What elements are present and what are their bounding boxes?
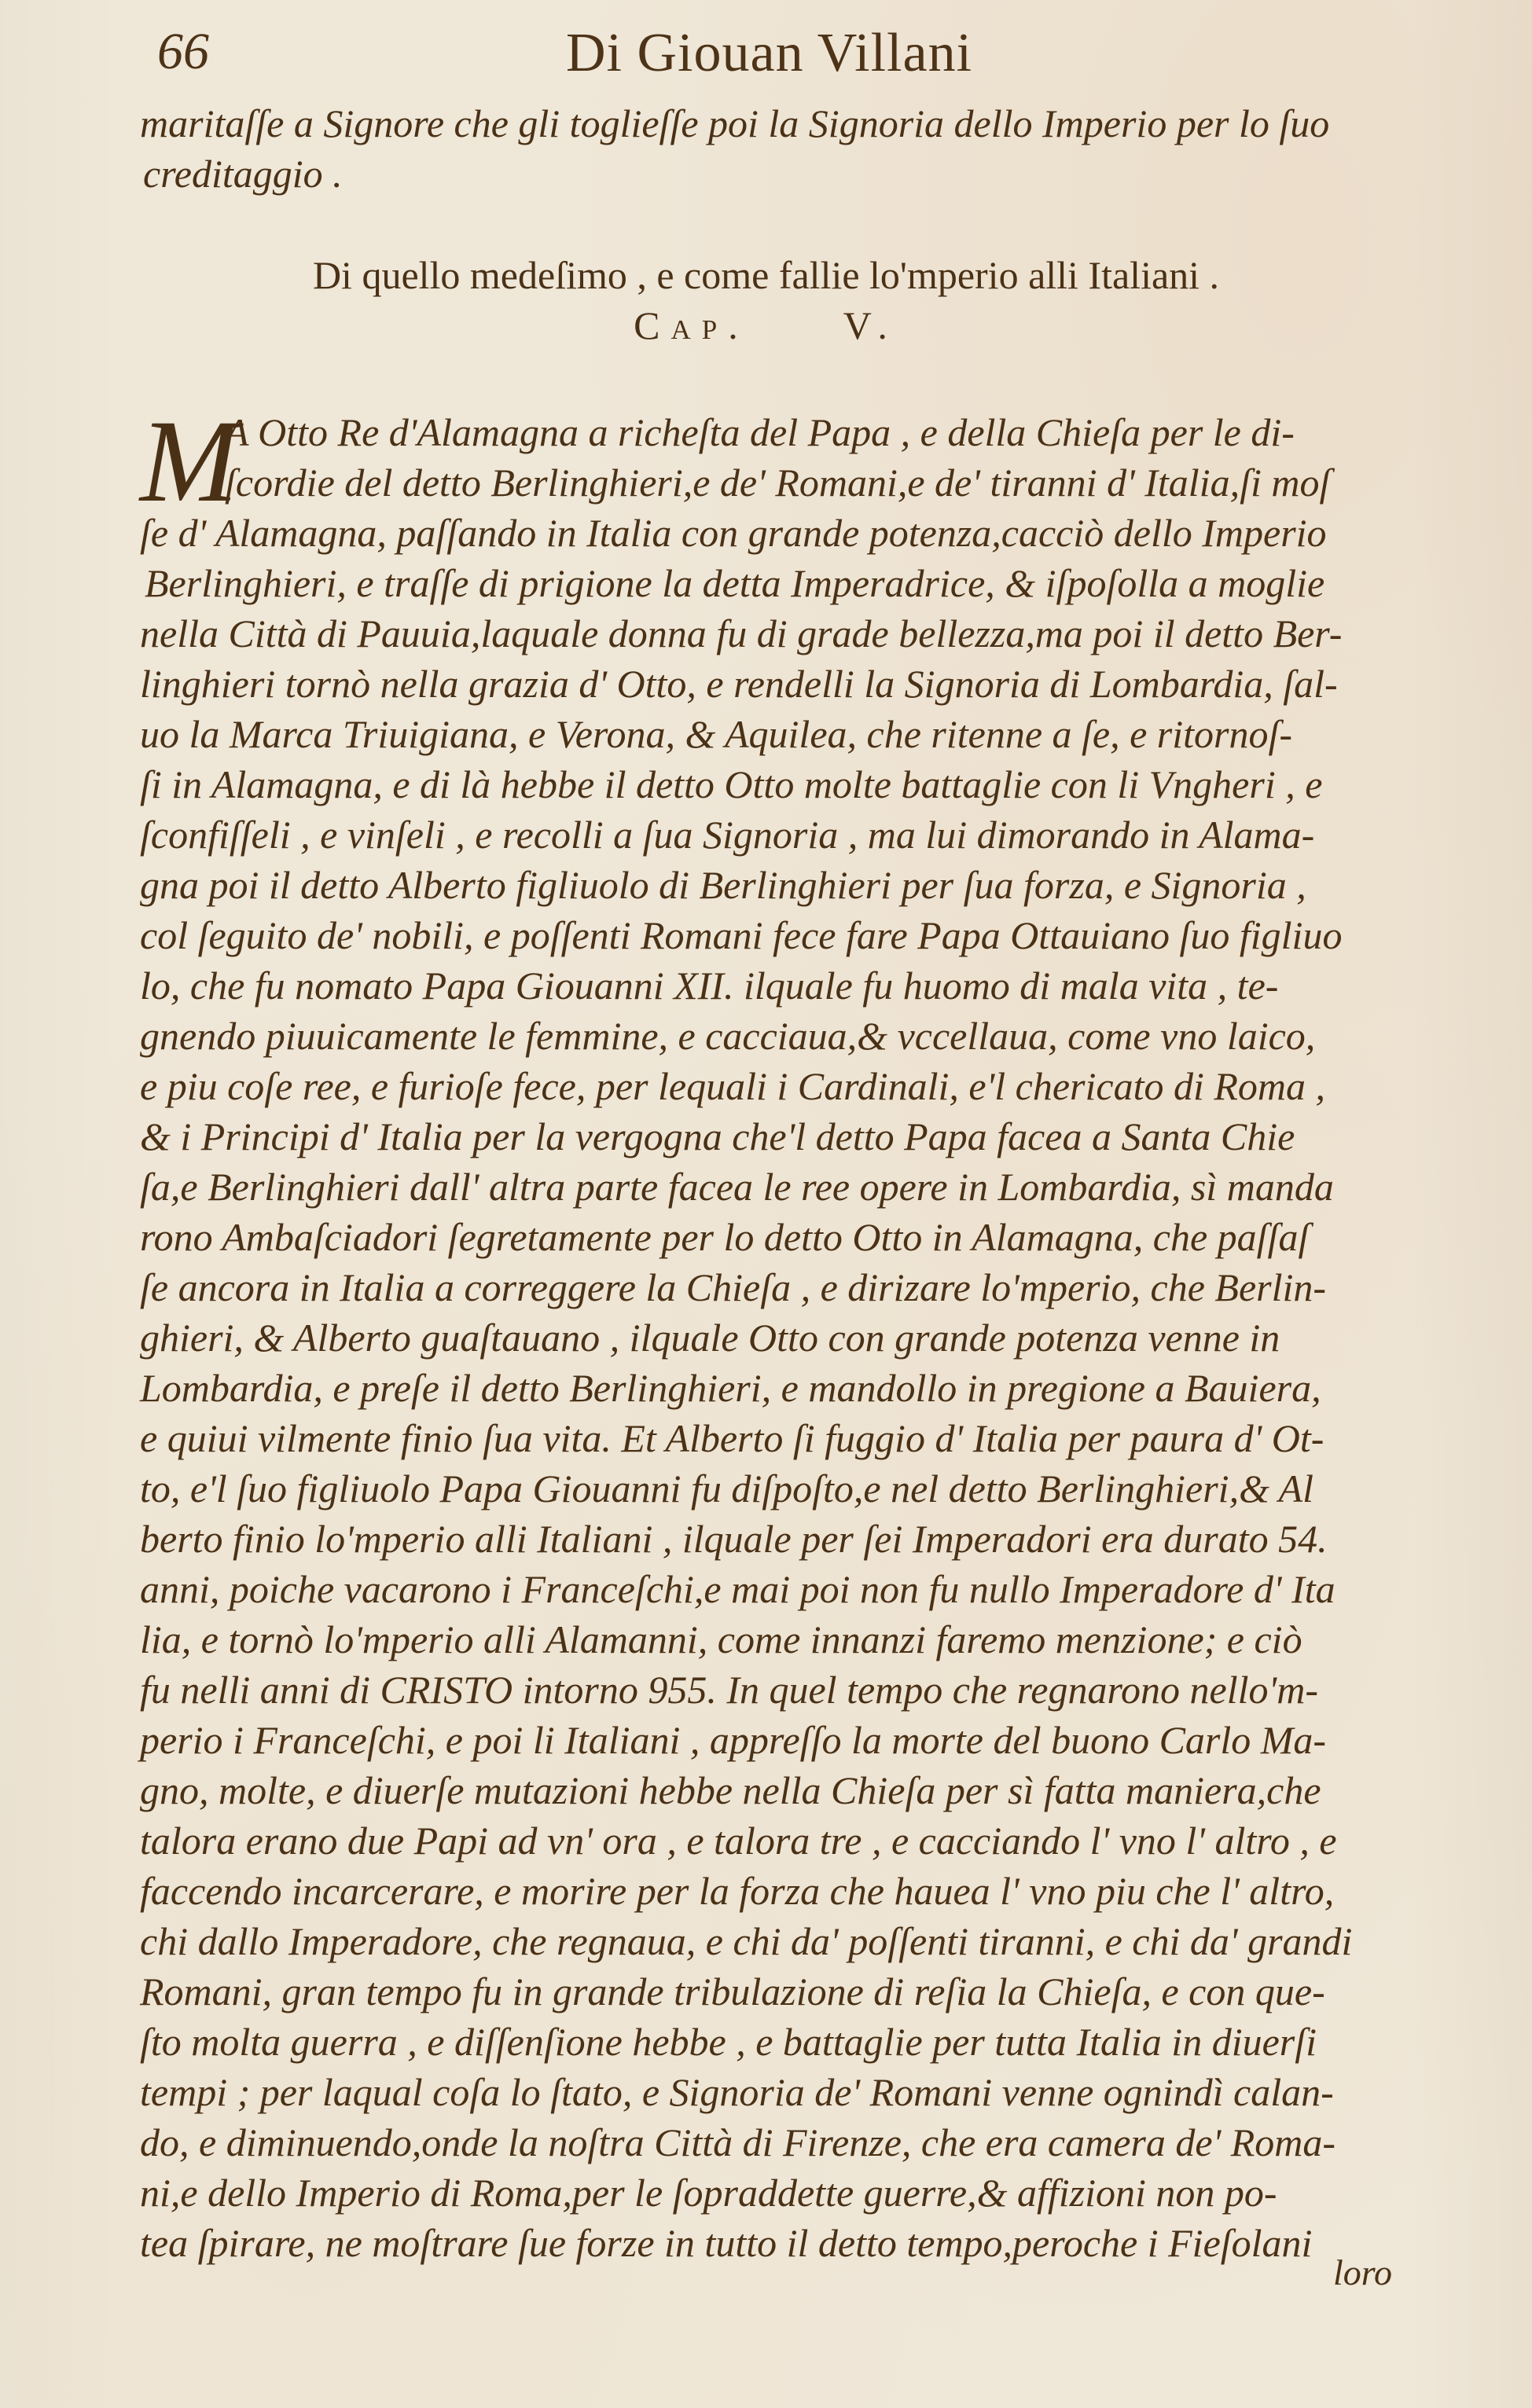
text-line: berto finio lo'mperio alli Italiani , il… — [140, 1514, 1492, 1564]
running-title: Di Giouan Villani — [566, 22, 972, 85]
catchword: loro — [1333, 2252, 1392, 2293]
text-line: chi dallo Imperadore, che regnaua, e chi… — [140, 1916, 1492, 1966]
text-line: A Otto Re d'Alamagna a richeſta del Papa… — [140, 407, 1492, 457]
text-line: & i Principi d' Italia per la vergogna c… — [140, 1111, 1492, 1162]
drop-cap: M — [140, 410, 238, 512]
text-line: rono Ambaſciadori ſegretamente per lo de… — [140, 1212, 1492, 1262]
text-line: Romani, gran tempo fu in grande tribulaz… — [140, 1966, 1492, 2017]
text-line: ſe d' Alamagna, paſſando in Italia con g… — [140, 508, 1492, 558]
text-line: fu nelli anni di CRISTO intorno 955. In … — [140, 1665, 1492, 1715]
text-line: lia, e tornò lo'mperio alli Alamanni, co… — [140, 1614, 1492, 1665]
text-line: nella Città di Pauuia,laquale donna fu d… — [140, 608, 1492, 659]
text-line: perio i Franceſchi, e poi li Italiani , … — [140, 1715, 1492, 1765]
book-page: 66 Di Giouan Villani maritaſſe a Signore… — [0, 0, 1532, 2408]
paragraph-lines: A Otto Re d'Alamagna a richeſta del Papa… — [140, 407, 1492, 2268]
page-number: 66 — [157, 22, 209, 82]
text-line: creditaggio . — [140, 149, 1492, 199]
text-line: gnendo piuuicamente le femmine, e caccia… — [140, 1011, 1492, 1061]
text-line: ghieri, & Alberto guaſtauano , ilquale O… — [140, 1312, 1492, 1363]
chapter-roman-numeral: V. — [843, 303, 898, 347]
continuation-text: maritaſſe a Signore che gli toglieſſe po… — [140, 98, 1492, 199]
chapter-label: Cap. — [634, 303, 749, 347]
chapter-paragraph: M A Otto Re d'Alamagna a richeſta del Pa… — [140, 407, 1492, 2268]
text-line: talora erano due Papi ad vn' ora , e tal… — [140, 1815, 1492, 1866]
text-line: e piu coſe ree, e furioſe fece, per lequ… — [140, 1061, 1492, 1111]
text-line: gno, molte, e diuerſe mutazioni hebbe ne… — [140, 1765, 1492, 1815]
text-line: e quiui vilmente finio ſua vita. Et Albe… — [140, 1413, 1492, 1463]
text-line: ſa,e Berlinghieri dall' altra parte face… — [140, 1162, 1492, 1212]
running-head: 66 Di Giouan Villani — [157, 22, 1336, 93]
text-line: to, e'l ſuo figliuolo Papa Giouanni fu d… — [140, 1463, 1492, 1514]
text-line: ni,e dello Imperio di Roma,per le ſoprad… — [140, 2168, 1492, 2218]
text-line: Lombardia, e preſe il detto Berlinghieri… — [140, 1363, 1492, 1413]
text-line: col ſeguito de' nobili, e poſſenti Roman… — [140, 910, 1492, 960]
text-line: uo la Marca Triuigiana, e Verona, & Aqui… — [140, 709, 1492, 759]
text-line: ſe ancora in Italia a correggere la Chie… — [140, 1262, 1492, 1312]
text-line: gna poi il detto Alberto figliuolo di Be… — [140, 860, 1492, 910]
text-line: Berlinghieri, e traſſe di prigione la de… — [140, 558, 1492, 608]
text-line: faccendo incarcerare, e morire per la fo… — [140, 1866, 1492, 1916]
text-line: do, e diminuendo,onde la noſtra Città di… — [140, 2117, 1492, 2168]
text-line: linghieri tornò nella grazia d' Otto, e … — [140, 659, 1492, 709]
text-line: ſto molta guerra , e diſſenſione hebbe ,… — [140, 2017, 1492, 2067]
text-line: tempi ; per laqual coſa lo ſtato, e Sign… — [140, 2067, 1492, 2117]
text-line: ſi in Alamagna, e di là hebbe il detto O… — [140, 759, 1492, 809]
chapter-number: Cap.V. — [0, 300, 1532, 351]
text-line: ſcordie del detto Berlinghieri,e de' Rom… — [140, 457, 1492, 508]
text-line: anni, poiche vacarono i Franceſchi,e mai… — [140, 1564, 1492, 1614]
text-line: tea ſpirare, ne moſtrare ſue forze in tu… — [140, 2218, 1492, 2268]
chapter-title: Di quello medeſimo , e come fallie lo'mp… — [0, 250, 1532, 300]
text-line: lo, che fu nomato Papa Giouanni XII. ilq… — [140, 960, 1492, 1011]
chapter-heading: Di quello medeſimo , e come fallie lo'mp… — [0, 250, 1532, 351]
text-line: ſconfiſſeli , e vinſeli , e recolli a ſu… — [140, 809, 1492, 860]
text-line: maritaſſe a Signore che gli toglieſſe po… — [140, 98, 1492, 149]
